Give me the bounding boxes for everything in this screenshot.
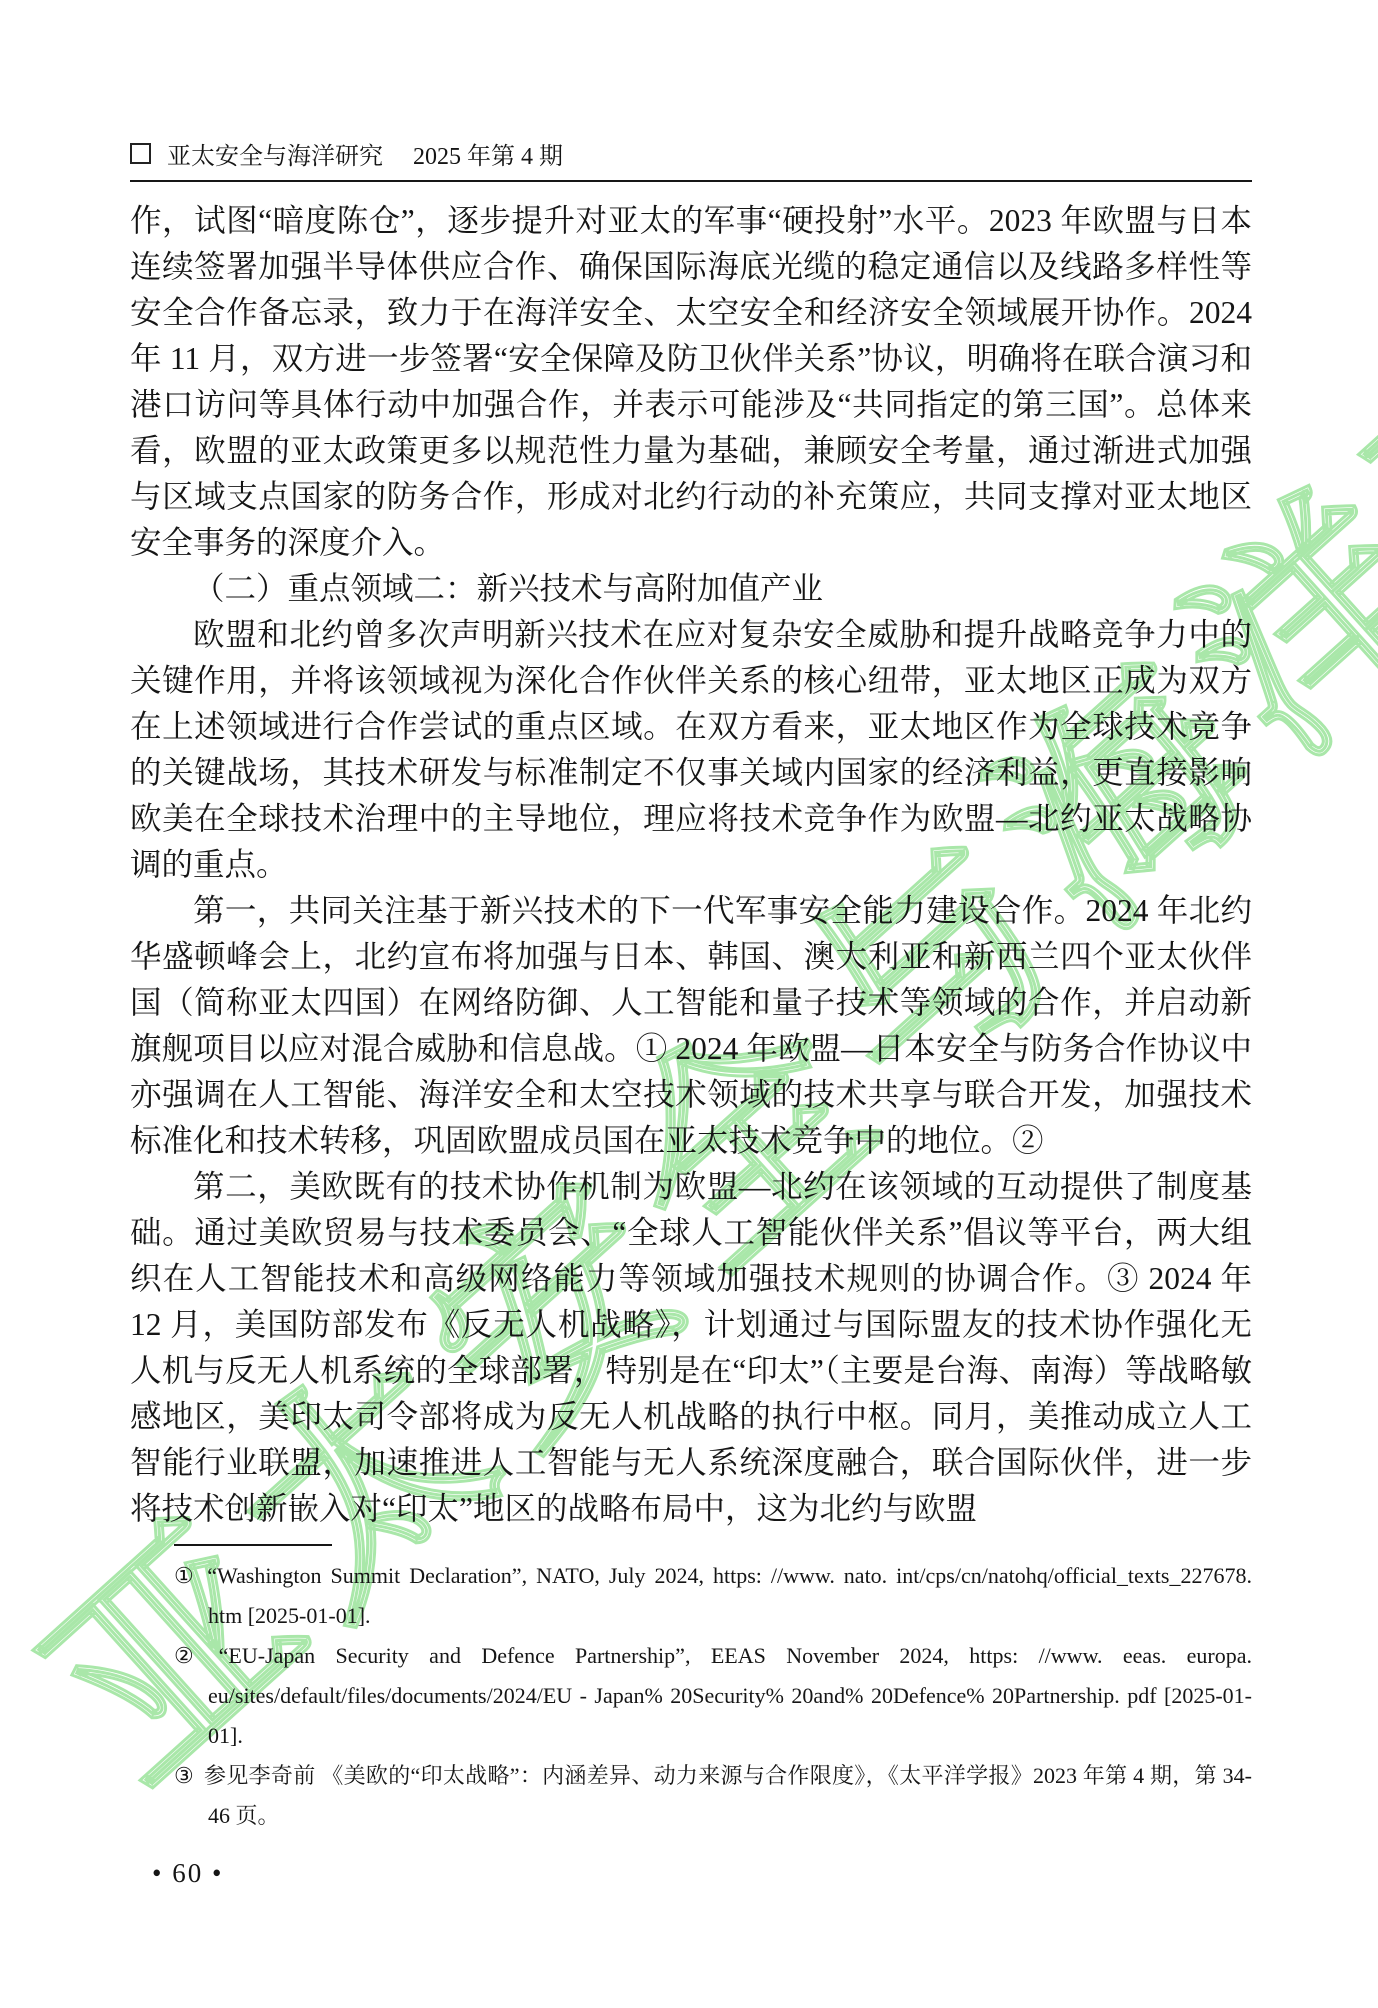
footnote-1-marker: ①: [174, 1563, 197, 1588]
footnote-2: ②“EU-Japan Security and Defence Partners…: [130, 1636, 1252, 1756]
journal-page: 亚太安全与海洋研究 亚太安全与海洋研究 2025 年第 4 期 作，试图“暗度陈…: [0, 0, 1378, 2008]
section-subheading: （二）重点领域二：新兴技术与高附加值产业: [130, 566, 1252, 612]
footnote-3-text: 参见李奇前 《美欧的“印太战略”：内涵差异、动力来源与合作限度》，《太平洋学报》…: [204, 1763, 1252, 1828]
header-rule: [130, 180, 1252, 182]
footnote-2-text: “EU-Japan Security and Defence Partnersh…: [208, 1643, 1252, 1748]
page-number: • 60 •: [130, 1858, 1252, 1889]
footnote-3-marker: ③: [174, 1763, 194, 1788]
journal-issue: 2025 年第 4 期: [413, 136, 563, 171]
paragraph-first-point: 第一，共同关注基于新兴技术的下一代军事安全能力建设合作。2024 年北约华盛顿峰…: [130, 888, 1252, 1164]
paragraph-continuation: 作，试图“暗度陈仓”，逐步提升对亚太的军事“硬投射”水平。2023 年欧盟与日本…: [130, 198, 1252, 566]
footnote-2-marker: ②: [174, 1643, 209, 1668]
journal-name: 亚太安全与海洋研究: [167, 136, 383, 171]
article-body: 作，试图“暗度陈仓”，逐步提升对亚太的军事“硬投射”水平。2023 年欧盟与日本…: [130, 198, 1252, 1532]
footnotes-section: ①“Washington Summit Declaration”, NATO, …: [130, 1544, 1252, 1836]
running-header: 亚太安全与海洋研究 2025 年第 4 期: [130, 136, 1252, 170]
paragraph-overview: 欧盟和北约曾多次声明新兴技术在应对复杂安全威胁和提升战略竞争力中的关键作用，并将…: [130, 612, 1252, 888]
footnote-separator: [174, 1544, 332, 1546]
footnote-1: ①“Washington Summit Declaration”, NATO, …: [130, 1556, 1252, 1636]
page-content: 亚太安全与海洋研究 2025 年第 4 期 作，试图“暗度陈仓”，逐步提升对亚太…: [130, 136, 1252, 1889]
header-square-icon: [130, 143, 151, 164]
footnote-3: ③参见李奇前 《美欧的“印太战略”：内涵差异、动力来源与合作限度》，《太平洋学报…: [130, 1756, 1252, 1836]
paragraph-second-point: 第二，美欧既有的技术协作机制为欧盟—北约在该领域的互动提供了制度基础。通过美欧贸…: [130, 1164, 1252, 1532]
footnote-1-text: “Washington Summit Declaration”, NATO, J…: [207, 1563, 1252, 1628]
